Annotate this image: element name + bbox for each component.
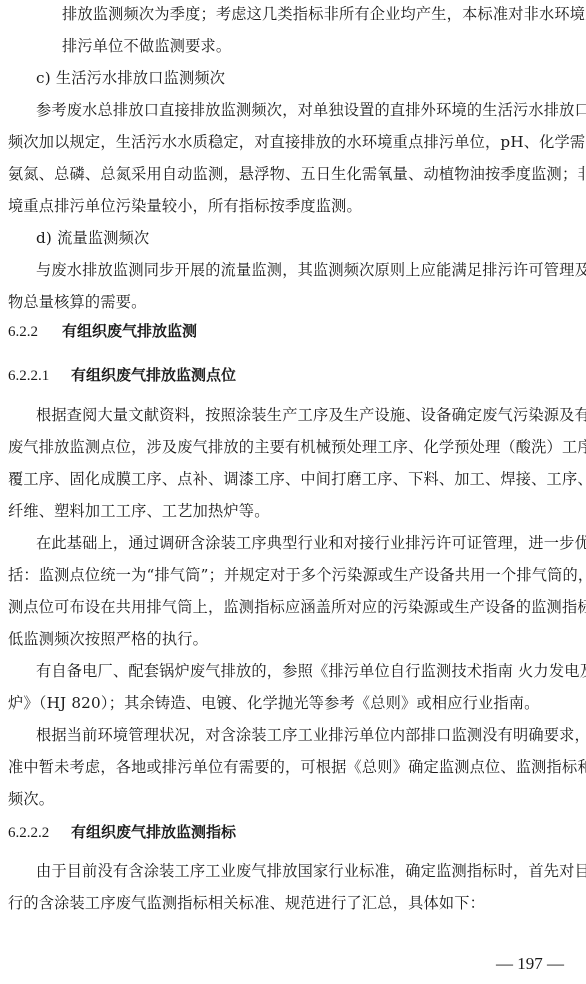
paragraph-line: 排放监测频次为季度；考虑这几类指标非所有企业均产生，本标准对非水环境重点 [62,4,586,24]
paragraph-line: 氨氮、总磷、总氮采用自动监测，悬浮物、五日生化需氧量、动植物油按季度监测；非水环 [8,164,586,184]
paragraph-line: 行的含涂装工序废气监测指标相关标准、规范进行了汇总，具体如下： [8,893,485,913]
paragraph-line: 炉》（HJ 820）；其余铸造、电镀、化学抛光等参考《总则》或相应行业指南。 [8,693,540,713]
paragraph-line: 由于目前没有含涂装工序工业废气排放国家行业标准，确定监测指标时，首先对目前现 [36,861,586,881]
section-title: 有组织废气排放监测 [62,322,197,340]
section-number: 6.2.2.2 [8,823,71,843]
paragraph-line: 频次加以规定，生活污水水质稳定，对直接排放的水环境重点排污单位，pH、化学需氧量… [8,132,586,152]
section-heading-6-2-2: 6.2.2有组织废气排放监测 [8,321,197,342]
paragraph-line: 根据查阅大量文献资料，按照涂装生产工序及生产设施、设备确定废气污染源及有组织 [36,405,586,425]
section-title: 有组织废气排放监测点位 [71,366,236,384]
paragraph-line: 纤维、塑料加工工序、工艺加热炉等。 [8,501,270,521]
paragraph-line: 排污单位不做监测要求。 [62,36,231,56]
section-number: 6.2.2.1 [8,366,71,386]
paragraph-line: 括：监测点位统一为“排气筒”；并规定对于多个污染源或生产设备共用一个排气筒的，监 [8,565,586,585]
paragraph-line: 物总量核算的需要。 [8,292,147,312]
paragraph-line: 在此基础上，通过调研含涂装工序典型行业和对接行业排污许可证管理，进一步优化概 [36,533,586,553]
paragraph-line: 废气排放监测点位，涉及废气排放的主要有机械预处理工序、化学预处理（酸洗）工序、涂 [8,437,586,457]
paragraph-line: 低监测频次按照严格的执行。 [8,629,208,649]
paragraph-line: 有自备电厂、配套锅炉废气排放的，参照《排污单位自行监测技术指南 火力发电及锅 [36,661,586,681]
section-title: 有组织废气排放监测指标 [71,823,236,841]
paragraph-line: 准中暂未考虑，各地或排污单位有需要的，可根据《总则》确定监测点位、监测指标和监测 [8,757,586,777]
paragraph-line: 覆工序、固化成膜工序、点补、调漆工序、中间打磨工序、下料、加工、焊接、工序、树脂 [8,469,586,489]
list-item-d: d) 流量监测频次 [36,228,149,248]
page-number: — 197 — [496,954,564,974]
paragraph-line: 参考废水总排放口直接排放监测频次，对单独设置的直排外环境的生活污水排放口监测 [36,100,586,120]
section-number: 6.2.2 [8,322,62,342]
paragraph-line: 境重点排污单位污染量较小，所有指标按季度监测。 [8,196,362,216]
section-heading-6-2-2-1: 6.2.2.1有组织废气排放监测点位 [8,365,236,386]
list-item-c: c) 生活污水排放口监测频次 [36,68,225,88]
paragraph-line: 与废水排放监测同步开展的流量监测，其监测频次原则上应能满足排污许可管理及污染 [36,260,586,280]
paragraph-line: 频次。 [8,789,54,809]
section-heading-6-2-2-2: 6.2.2.2有组织废气排放监测指标 [8,822,236,843]
paragraph-line: 根据当前环境管理状况，对含涂装工序工业排污单位内部排口监测没有明确要求，本标 [36,725,586,745]
paragraph-line: 测点位可布设在共用排气筒上，监测指标应涵盖所对应的污染源或生产设备的监测指标，最 [8,597,586,617]
